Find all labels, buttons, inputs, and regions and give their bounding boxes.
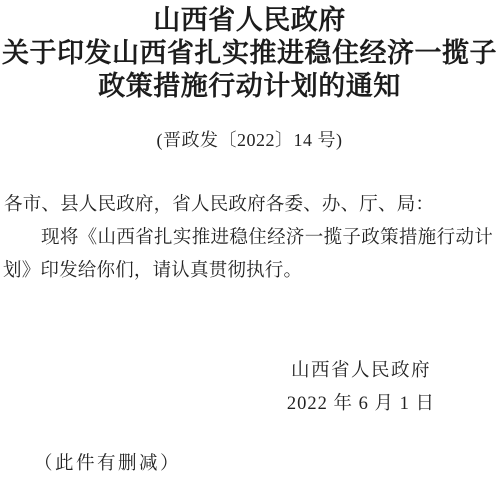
document-title: 山西省人民政府 关于印发山西省扎实推进稳住经济一揽子 政策措施行动计划的通知 [0, 0, 499, 103]
document-title-line-2: 关于印发山西省扎实推进稳住经济一揽子 [0, 37, 499, 70]
signer-name: 山西省人民政府 [281, 355, 441, 388]
body-paragraph: 现将《山西省扎实推进稳住经济一揽子政策措施行动计划》印发给你们，请认真贯彻执行。 [0, 222, 499, 288]
document-number: (晋政发〔2022〕14 号) [0, 124, 499, 157]
signature-date: 2022 年 6 月 1 日 [281, 388, 441, 421]
government-notice-document: 山西省人民政府 关于印发山西省扎实推进稳住经济一揽子 政策措施行动计划的通知 (… [0, 0, 499, 485]
document-title-line-3: 政策措施行动计划的通知 [0, 70, 499, 103]
deletion-note: （此件有删减） [0, 448, 499, 481]
signature-block: 山西省人民政府 2022 年 6 月 1 日 [281, 355, 441, 421]
document-title-line-1: 山西省人民政府 [0, 4, 499, 37]
salutation-line: 各市、县人民政府，省人民政府各委、办、厅、局： [0, 189, 499, 222]
